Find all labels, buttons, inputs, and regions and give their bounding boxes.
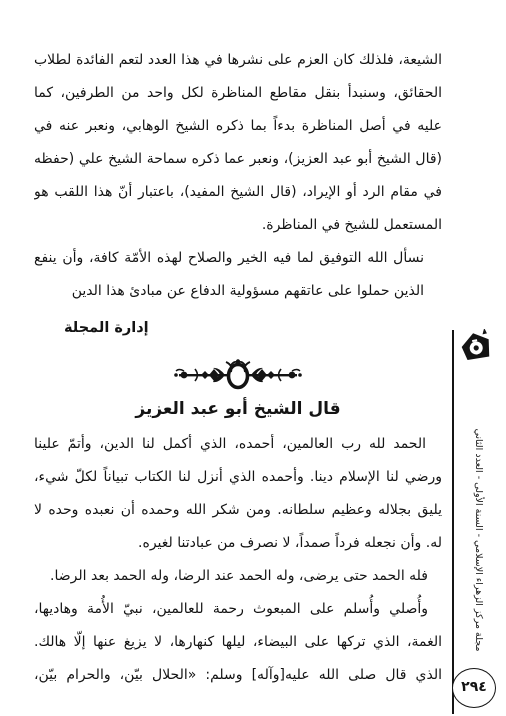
text-line: يليق بجلاله وعظيم سلطانه. ومن شكر الله و… (34, 494, 442, 527)
text-line: الحقائق، وسنبدأ بنقل مقاطع المناظرة لكل … (34, 77, 442, 110)
text-line: عليه في أصل المناظرة بدءاً بما ذكره الشي… (34, 110, 442, 143)
text-line: الذين حملوا على عاتقهم مسؤولية الدفاع عن… (34, 275, 442, 308)
floral-divider-ornament (171, 356, 305, 392)
text-line: في مقام الرد أو الإيراد، (قال الشيخ المف… (34, 176, 442, 209)
sheikh-speech-paragraphs: الحمد لله رب العالمين، أحمده، الذي أكمل … (34, 428, 442, 692)
margin-divider-rule (452, 330, 454, 714)
scanned-magazine-page: الشيعة، فلذلك كان العزم على نشرها في هذا… (0, 0, 506, 716)
text-line: الشيعة، فلذلك كان العزم على نشرها في هذا… (34, 44, 442, 77)
text-line: المستعمل للشيخ في المناظرة. (34, 209, 442, 242)
journal-emblem-icon (457, 329, 495, 365)
intro-paragraphs: الشيعة، فلذلك كان العزم على نشرها في هذا… (34, 44, 442, 308)
text-line: الذي قال صلى الله عليه[وآله] وسلم: «الحل… (34, 659, 442, 692)
text-line: له. وأن نجعله فرداً صمداً، لا نصرف من عب… (34, 527, 442, 560)
text-line: (قال الشيخ أبو عبد العزيز)، ونعبر عما ذك… (34, 143, 442, 176)
section-heading: قال الشيخ أبو عبد العزيز (34, 394, 442, 424)
text-line: ورضي لنا الإسلام دينا. وأحمده الذي أنزل … (34, 461, 442, 494)
text-line: فله الحمد حتى يرضى، وله الحمد عند الرضا،… (34, 560, 442, 593)
text-line: الغمة، الذي تركها على البيضاء، ليلها كنه… (34, 626, 442, 659)
page-number-badge: ٢٩٤ (452, 668, 496, 708)
text-line: وأُصلي وأُسلم على المبعوث رحمة للعالمين،… (34, 593, 442, 626)
journal-margin-caption: مجلة مركز الزهراء الإسلامي - السنة الأول… (469, 410, 487, 670)
editorial-signature: إدارة المجلة (64, 320, 149, 336)
text-line: الحمد لله رب العالمين، أحمده، الذي أكمل … (34, 428, 442, 461)
text-line: نسأل الله التوفيق لما فيه الخير والصلاح … (34, 242, 442, 275)
